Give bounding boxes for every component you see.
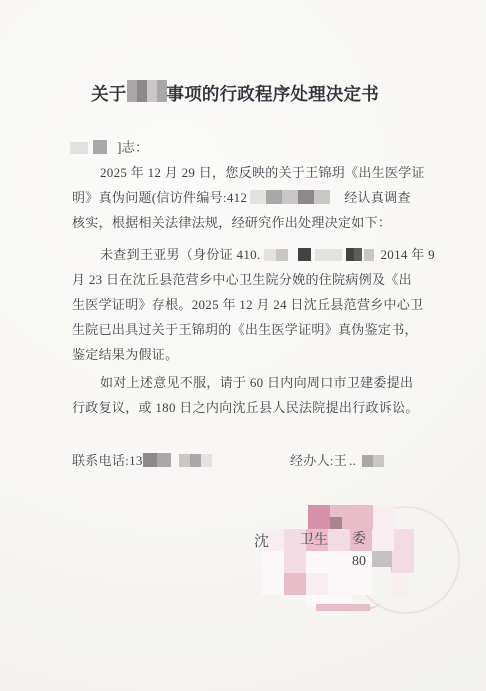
text-line: 生医学证明》存根。2025 年 12 月 24 日沈丘县范营乡中心卫 <box>72 292 478 317</box>
contact-handler: 经办人:王.. <box>290 450 384 469</box>
stamp-mosaic-cell <box>262 573 284 595</box>
contact-phone: 联系电话:13 <box>72 450 212 469</box>
stamp-mosaic-cell <box>328 573 350 595</box>
text-line: 月 23 日在沈丘县范营乡中心卫生院分娩的住院病例及《出 <box>72 267 478 292</box>
stamp-mosaic-cell <box>330 505 352 517</box>
redaction-block <box>264 249 288 261</box>
text-run: 未查到王亚男（身份证 410. <box>100 247 261 262</box>
text-run: 生医学证明》存根。2025 年 12 月 24 日沈丘县范营乡中心卫 <box>72 297 423 312</box>
text-run: 如对上述意见不服，请于 60 日内向周口市卫建委提出 <box>100 375 413 390</box>
text-line: 鉴定结果为假证。 <box>72 342 478 367</box>
spacer <box>171 464 179 465</box>
text-line: 未查到王亚男（身份证 410.2014 年 9 <box>72 242 478 267</box>
redaction-block <box>362 455 384 467</box>
stamp-text-fragment: 沈 <box>254 530 269 551</box>
redaction-block <box>93 140 107 154</box>
text-run: .. <box>349 453 356 468</box>
text-line: 如对上述意见不服，请于 60 日内向周口市卫建委提出 <box>72 370 478 395</box>
redaction-block <box>298 248 311 261</box>
stamp-mosaic-cell <box>284 551 306 573</box>
greeting-line: ]志： <box>70 136 149 156</box>
stamp-mosaic-cell <box>306 595 352 607</box>
paragraph-3: 如对上述意见不服，请于 60 日内向周口市卫建委提出行政复议，或 180 日之内… <box>72 370 478 420</box>
text-run: 鉴定结果为假证。 <box>72 347 178 362</box>
spacer <box>374 258 381 259</box>
stamp-mosaic-cell <box>372 529 394 551</box>
text-run: 2025 年 12 月 29 日，您反映的关于王锦玥《出生医学证 <box>100 165 425 180</box>
stamp-mosaic-cell <box>284 573 306 595</box>
stamp-mosaic-cell <box>392 573 408 595</box>
stamp-mosaic-cell <box>328 551 350 573</box>
spacer <box>288 258 298 259</box>
stamp-mosaic-cell <box>262 529 284 551</box>
stamp-visible-number: 80 <box>352 554 366 570</box>
redaction-block <box>179 454 212 467</box>
text-run: 2014 年 9 <box>381 247 435 262</box>
text-run: 核实，根据相关法律法规，经研究作出处理决定如下： <box>72 215 391 230</box>
text-run: 联系电话:13 <box>72 453 143 468</box>
stamp-mosaic-cell <box>373 505 395 529</box>
text-run: 明》真伪问题(信访件编号:412 <box>72 190 247 205</box>
text-run: ]志： <box>117 140 149 155</box>
contact-row: 联系电话:13 经办人:王.. <box>0 450 486 472</box>
stamp-mosaic-cell <box>316 604 370 611</box>
stamp-mosaic-cell <box>262 551 284 573</box>
stamp-mosaic-cell <box>308 505 330 529</box>
text-line: 明》真伪问题(信访件编号:412经认真调查 <box>72 185 478 210</box>
redaction-block <box>70 142 88 154</box>
redaction-block <box>127 80 167 102</box>
document-title: 关于事项的行政程序处理决定书 <box>0 80 478 106</box>
stamp-mosaic-cell <box>284 529 306 551</box>
redaction-block <box>315 249 342 261</box>
stamp-mosaic-cell <box>306 573 328 595</box>
text-line: 2025 年 12 月 29 日，您反映的关于王锦玥《出生医学证 <box>72 160 478 185</box>
redaction-block <box>346 248 362 261</box>
official-seal-arc <box>387 527 408 559</box>
text-run: 经认真调查 <box>344 190 411 205</box>
stamp-mosaic-cell <box>306 529 328 551</box>
stamp-mosaic-cell <box>392 551 414 573</box>
stamp-mosaic-cell <box>350 573 372 595</box>
text-line: 生院已出具过关于王锦玥的《出生医学证明》真伪鉴定书， <box>72 317 478 342</box>
stamp-text-fragment: 卫生 <box>300 529 328 549</box>
paragraph-1: 2025 年 12 月 29 日，您反映的关于王锦玥《出生医学证明》真伪问题(信… <box>72 160 478 235</box>
spacer <box>330 201 344 202</box>
text-run: 事项的行政程序处理决定书 <box>167 84 379 104</box>
stamp-mosaic-cell <box>350 551 372 573</box>
spacer <box>107 151 117 152</box>
redaction-block <box>250 190 330 204</box>
stamp-mosaic-cell <box>330 517 342 529</box>
document-page: 关于事项的行政程序处理决定书 ]志： 2025 年 12 月 29 日，您反映的… <box>0 0 486 691</box>
redaction-block <box>143 453 171 467</box>
official-seal-arc <box>388 559 407 587</box>
text-run: 行政复议，或 180 日之内向沈丘县人民法院提出行政诉讼。 <box>72 400 419 415</box>
text-line: 核实，根据相关法律法规，经研究作出处理决定如下： <box>72 210 478 235</box>
text-line: 行政复议，或 180 日之内向沈丘县人民法院提出行政诉讼。 <box>72 395 478 420</box>
text-run: 关于 <box>91 84 126 104</box>
stamp-mosaic-cell <box>372 551 392 567</box>
stamp-mosaic-cell <box>328 529 350 551</box>
text-run: 月 23 日在沈丘县范营乡中心卫生院分娩的住院病例及《出 <box>72 272 412 287</box>
redaction-block <box>364 249 374 261</box>
stamp-mosaic-cell <box>352 505 373 529</box>
paragraph-2: 未查到王亚男（身份证 410.2014 年 9月 23 日在沈丘县范营乡中心卫生… <box>72 242 478 367</box>
official-seal-arc <box>338 596 380 610</box>
stamp-text-fragment: 委 <box>352 528 366 548</box>
stamp-mosaic-cell <box>306 551 328 573</box>
stamp-mosaic-cell <box>350 529 372 551</box>
stamp-mosaic-cell <box>342 517 352 529</box>
text-run: 生院已出具过关于王锦玥的《出生医学证明》真伪鉴定书， <box>72 322 418 337</box>
official-seal-ring <box>352 506 460 614</box>
text-run: 经办人:王 <box>290 453 347 468</box>
stamp-mosaic-cell <box>394 529 414 551</box>
